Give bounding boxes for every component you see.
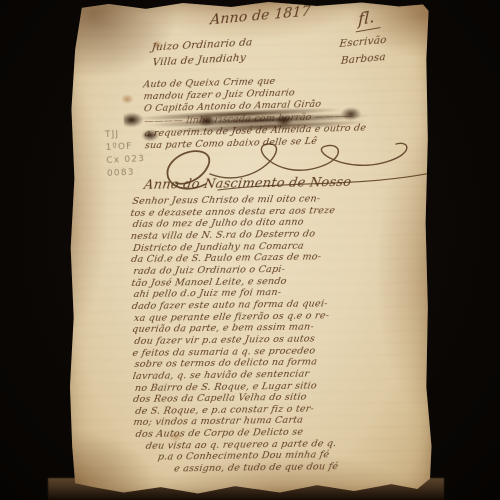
manuscript-line: e assigno, de tudo de que dou fé	[173, 460, 437, 475]
manuscript-body: Anno do Nascimento de Nosso Senhor Jesus…	[130, 174, 436, 476]
folio-mark: fl.	[356, 6, 381, 33]
year-heading: Anno de 1817	[210, 4, 311, 29]
clerk-line: Barbosa	[340, 49, 388, 70]
document-page: Anno de 1817 fl. EscrivãoBarbosa Juizo O…	[64, 0, 436, 496]
clerk-signature: EscrivãoBarbosa	[339, 32, 389, 70]
court-heading: Juizo Ordinario daVilla de Jundiahy	[151, 35, 253, 70]
archival-pencil-mark: TJJ1ºOFCx 0230083	[105, 127, 147, 181]
archival-mark-line: Cx 023	[106, 153, 145, 168]
manuscript-opening-line: Anno do Nascimento de Nosso	[143, 174, 433, 193]
